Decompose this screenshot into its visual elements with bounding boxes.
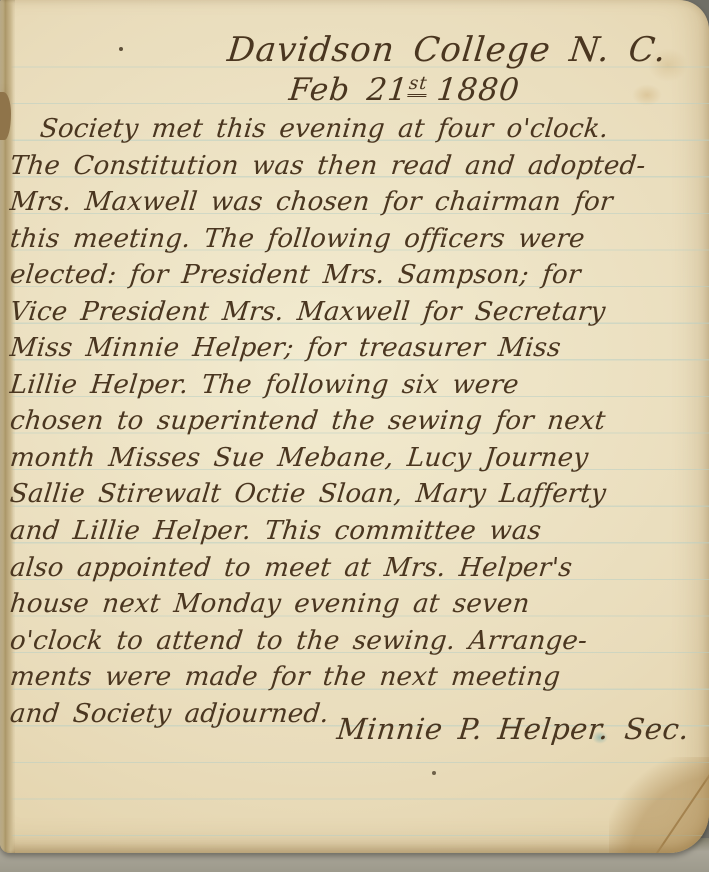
manuscript-line: ments were made for the next meeting: [8, 659, 705, 696]
heading-location: Davidson College N. C.: [183, 30, 709, 70]
scanned-minutes-photo: Davidson College N. C. Feb 21st1880 Soci…: [0, 0, 709, 872]
corner-wear-shading: [609, 757, 709, 853]
manuscript-line: and Lillie Helper. This committee was: [8, 513, 705, 550]
date-ordinal-suffix: st: [408, 73, 429, 97]
paper-stain: [632, 84, 662, 106]
manuscript-line: house next Monday evening at seven: [8, 586, 705, 623]
date-year: 1880: [435, 72, 522, 108]
manuscript-line: Lillie Helper. The following six were: [8, 367, 705, 404]
notebook-page: Davidson College N. C. Feb 21st1880 Soci…: [0, 0, 709, 853]
manuscript-line: also appointed to meet at Mrs. Helper's: [8, 550, 705, 587]
manuscript-line: Society met this evening at four o'clock…: [8, 111, 705, 148]
manuscript-line: chosen to superintend the sewing for nex…: [8, 403, 705, 440]
manuscript-line: Sallie Stirewalt Octie Sloan, Mary Laffe…: [8, 476, 705, 513]
manuscript-line: o'clock to attend to the sewing. Arrange…: [8, 623, 705, 660]
manuscript-line: month Misses Sue Mebane, Lucy Journey: [8, 440, 705, 477]
heading-date: Feb 21st1880: [198, 72, 611, 108]
manuscript-line: Vice President Mrs. Maxwell for Secretar…: [8, 294, 705, 331]
manuscript-line: this meeting. The following officers wer…: [8, 221, 705, 258]
manuscript-line: elected: for President Mrs. Sampson; for: [8, 257, 705, 294]
manuscript-line: The Constitution was then read and adopt…: [8, 148, 705, 185]
ink-speck: [119, 47, 123, 51]
date-day: Feb 21: [287, 72, 410, 108]
manuscript-line: Mrs. Maxwell was chosen for chairman for: [8, 184, 705, 221]
minutes-body: Society met this evening at four o'clock…: [10, 111, 703, 732]
ink-speck: [432, 771, 436, 775]
secretary-signature: Minnie P. Helper. Sec.: [335, 712, 691, 746]
manuscript-line: Miss Minnie Helper; for treasurer Miss: [8, 330, 705, 367]
